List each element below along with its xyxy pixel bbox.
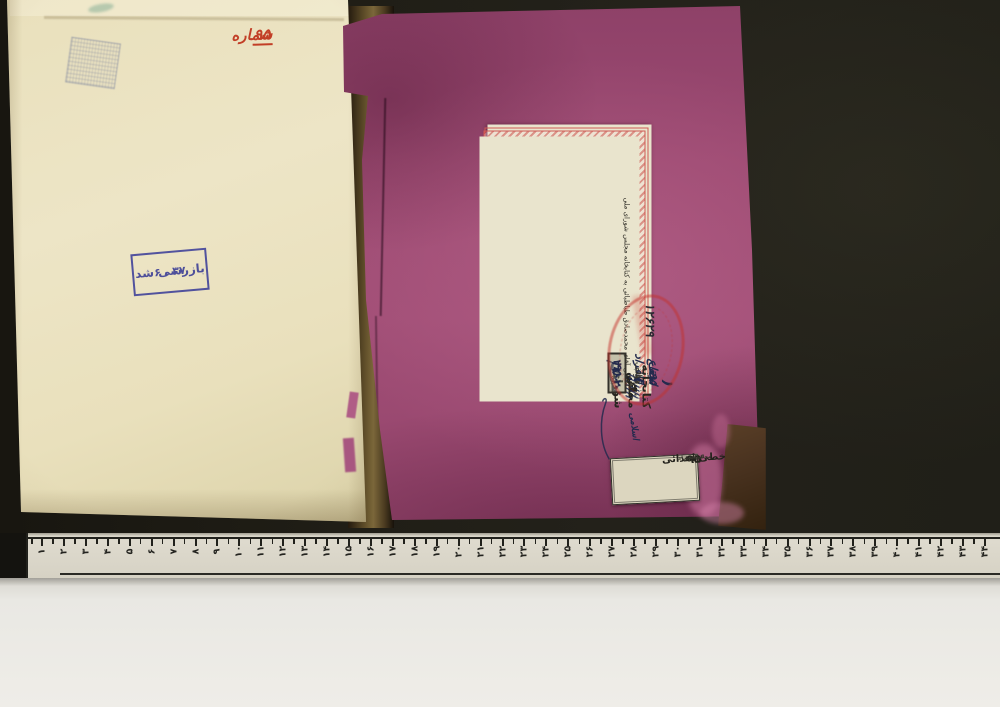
ruler-number: ۳۴ [760, 543, 771, 561]
ruler-tick [622, 539, 624, 544]
ruler-number: ۲۹ [651, 543, 662, 561]
faded-library-seal-stamp [65, 37, 121, 90]
ruler-tick [162, 539, 164, 544]
ruler-tick [228, 539, 230, 544]
ruler-number: ۲۰ [453, 543, 464, 561]
ruler-number: ۲۳ [519, 543, 530, 561]
ruler-number: ۳۵ [782, 543, 793, 561]
ruler-number: ۴۱ [914, 543, 925, 561]
manuscript-scan-photo: شماره ۹۵ بازرسی شد ۳۷ ـ ۶ ✿ کتابخ [0, 0, 1000, 707]
ruler-tick [206, 539, 208, 544]
flyleaf-page: شماره ۹۵ بازرسی شد ۳۷ ـ ۶ [4, 0, 370, 526]
ruler-tick [31, 539, 33, 544]
ruler-tick [557, 539, 559, 544]
ruler-number: ۶ [146, 543, 157, 561]
gift-manuscript-label: خطی اهدائی ۹۵ کتابخانه مجلس شورای اسلامی [610, 454, 700, 506]
ruler-tick [776, 539, 778, 544]
ruler-number: ۲۸ [629, 543, 640, 561]
ruler-number: ۱۴ [322, 543, 333, 561]
ruler-number: ۳۱ [694, 543, 705, 561]
ruler-number: ۳۹ [870, 543, 881, 561]
ruler-tick [425, 539, 427, 544]
ruler-tick [535, 539, 537, 544]
ruler-number: ۴۳ [958, 543, 969, 561]
ruler-number: ۵ [124, 543, 135, 561]
ruler-tick [381, 539, 383, 544]
ruler-number: ۸ [190, 543, 201, 561]
ruler-frame-line [60, 573, 1000, 575]
ruler-tick [491, 539, 493, 544]
ruler-tick [403, 539, 405, 544]
ruler-number: ۱۶ [365, 543, 376, 561]
ruler-tick [907, 539, 909, 544]
ruler-tick [315, 539, 317, 544]
pen-flourish [598, 393, 612, 463]
ruler-number: ۹ [212, 543, 223, 561]
ruler-tick [118, 539, 120, 544]
cover-tear-crack [380, 98, 387, 316]
ruler-tick [250, 539, 252, 544]
ruler-tick [666, 539, 668, 544]
ruler-number: ۳۸ [848, 543, 859, 561]
ruler-tick [929, 539, 931, 544]
worn-pink-patch [700, 502, 744, 524]
ruler-number: ۳ [80, 543, 91, 561]
ruler-tick [96, 539, 98, 544]
ruler-tick [820, 539, 822, 544]
ruler-number: ۲ [58, 543, 69, 561]
ruler-number: ۲۱ [475, 543, 486, 561]
ruler-number: ۳۶ [804, 543, 815, 561]
ruler-number: ۷ [168, 543, 179, 561]
ruler-number: ۱۳ [300, 543, 311, 561]
ruler-number: ۳۰ [672, 543, 683, 561]
ruler-tick [842, 539, 844, 544]
ruler-number: ۱۱ [256, 543, 267, 561]
ruler-tick [140, 539, 142, 544]
ruler-tick [184, 539, 186, 544]
ruler-tick [579, 539, 581, 544]
ruler-number: ۱۹ [431, 543, 442, 561]
accession-number: ۱۲۶۲۹ [643, 303, 658, 337]
worn-pink-patch [712, 414, 730, 448]
ruler-tick [798, 539, 800, 544]
ruler-number: ۱۲ [278, 543, 289, 561]
ruler-tick [52, 539, 54, 544]
ruler-tick [74, 539, 76, 544]
ruler-tick [359, 539, 361, 544]
ruler-left-edge [26, 533, 28, 578]
ruler-tick [513, 539, 515, 544]
ruler-number: ۴۰ [892, 543, 903, 561]
ruler-tick [469, 539, 471, 544]
ruler-tick [886, 539, 888, 544]
ruler-number: ۲۶ [585, 543, 596, 561]
ruler-tick [864, 539, 866, 544]
ruler-number: ۲۵ [563, 543, 574, 561]
ruler-number: ۳۷ [826, 543, 837, 561]
ruler-tick [754, 539, 756, 544]
ruler-number: ۴۴ [979, 543, 990, 561]
ruler-number: ۲۷ [607, 543, 618, 561]
ruler-tick [732, 539, 734, 544]
measuring-ruler: ۱۲۳۴۵۶۷۸۹۱۰۱۱۱۲۱۳۱۴۱۵۱۶۱۷۱۸۱۹۲۰۲۱۲۲۲۳۲۴۲… [0, 533, 1000, 578]
ruler-tick [293, 539, 295, 544]
ruler-tick [272, 539, 274, 544]
ruler-number: ۴ [102, 543, 113, 561]
ruler-tick [447, 539, 449, 544]
org-line: اسلامی [685, 454, 704, 461]
ruler-number: ۱۸ [409, 543, 420, 561]
ruler-number: ۳۳ [738, 543, 749, 561]
ruler-number: ۱ [37, 543, 48, 561]
red-note-number: ۹۵ [252, 25, 273, 46]
cover-residue-fleck [343, 438, 356, 473]
ruler-tick [644, 539, 646, 544]
ruler-number: ۱۰ [234, 543, 245, 561]
ruler-number: ۲۴ [541, 543, 552, 561]
ruler-tick [688, 539, 690, 544]
ruler-number: ۴۲ [936, 543, 947, 561]
ruler-tick [951, 539, 953, 544]
inspection-stamp: بازرسی شد ۳۷ ـ ۶ [130, 248, 209, 296]
ruler-number: ۱۵ [344, 543, 355, 561]
ruler-number: ۳۲ [716, 543, 727, 561]
ruler-tick [710, 539, 712, 544]
ruler-left-gap [0, 533, 26, 578]
ruler-tick [600, 539, 602, 544]
ruler-tick [337, 539, 339, 544]
mat-shadow [0, 578, 1000, 586]
ruler-number: ۱۷ [387, 543, 398, 561]
scanner-mat [0, 578, 1000, 707]
ruler-tick [973, 539, 975, 544]
ruler-number: ۲۲ [497, 543, 508, 561]
